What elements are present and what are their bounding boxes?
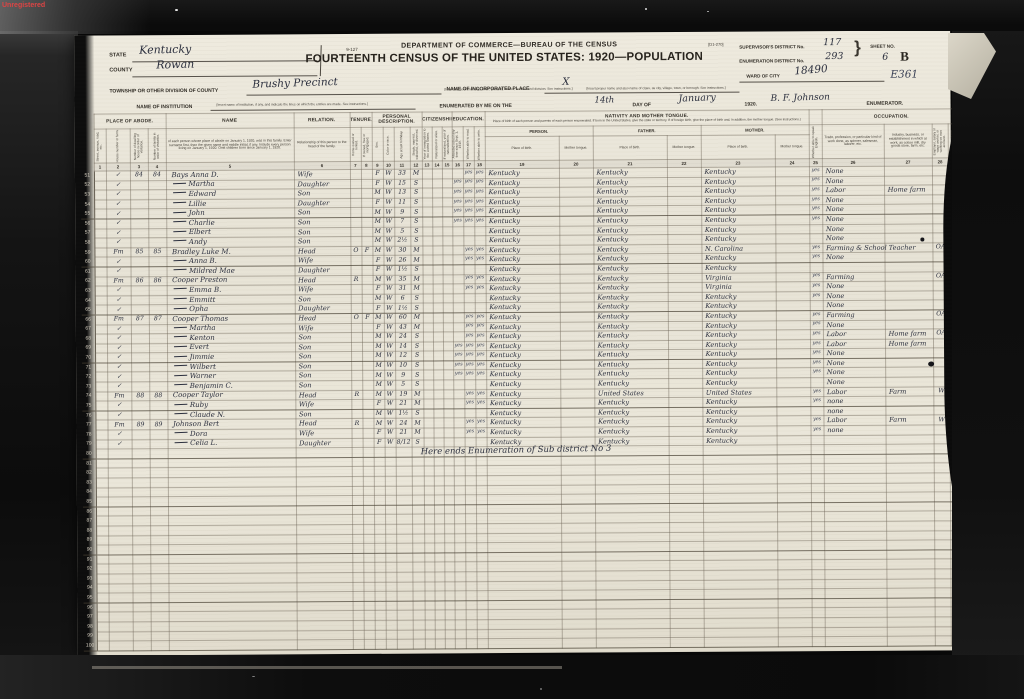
- naturalization-year: [443, 351, 453, 361]
- owned-or-rented: [351, 380, 362, 390]
- free-or-mortgaged: [363, 544, 374, 554]
- mother-birthplace: [704, 599, 778, 609]
- owned-or-rented: O: [351, 313, 362, 323]
- owned-or-rented: [350, 217, 361, 227]
- can-write: [476, 572, 487, 582]
- row-number-left: 69: [82, 344, 95, 354]
- owned-or-rented: [350, 256, 361, 266]
- attended-school: yes: [452, 207, 463, 217]
- industry: [885, 300, 933, 310]
- family-number: [150, 487, 168, 497]
- immigration-year: [423, 418, 433, 428]
- marital-status: M: [411, 399, 423, 409]
- naturalization-year: [443, 361, 453, 371]
- house-or-farm: ✓: [106, 209, 130, 219]
- industry: [886, 473, 934, 483]
- relation: [296, 476, 352, 486]
- occupation: Farming & School Teacher: [823, 243, 885, 253]
- color-race: W: [383, 227, 394, 237]
- relation: Son: [294, 237, 350, 247]
- row-number-left: 52: [81, 181, 94, 191]
- row-number-left: 86: [83, 507, 96, 517]
- can-write: yes: [475, 255, 486, 265]
- person-birthplace: Kentucky: [486, 379, 560, 389]
- color-race: [385, 534, 396, 544]
- free-or-mortgaged: [362, 304, 373, 314]
- attended-school: [454, 457, 465, 467]
- house-or-farm: [108, 468, 132, 478]
- person-birthplace: [487, 456, 561, 466]
- person-birthplace: Kentucky: [486, 370, 560, 380]
- street: [96, 555, 108, 565]
- age: 24: [395, 419, 411, 429]
- mother-tongue: [777, 474, 811, 484]
- sheet-header: STATE Kentucky COUNTY Rowan 9-127 DEPART…: [94, 30, 944, 113]
- father-birthplace: Kentucky: [595, 417, 669, 427]
- person-tongue: [562, 609, 596, 619]
- can-write: [476, 476, 487, 486]
- speaks-english: yes: [810, 311, 823, 321]
- industry: [885, 262, 933, 272]
- immigration-year: [423, 275, 433, 285]
- can-read: [465, 476, 476, 486]
- scanner-band-top: [0, 0, 1024, 31]
- immigration-year: [424, 582, 434, 592]
- attended-school: [453, 313, 464, 323]
- marital-status: S: [410, 188, 422, 198]
- person-tongue: [559, 206, 593, 216]
- mother-tongue: [777, 512, 811, 522]
- owned-or-rented: [352, 457, 363, 467]
- color-race: [385, 582, 396, 592]
- occupation: None: [822, 214, 884, 224]
- occupation: None: [822, 176, 884, 186]
- street: [96, 449, 108, 459]
- house-or-farm: ✓: [107, 296, 131, 306]
- house-or-farm: [108, 526, 132, 536]
- color-race: [386, 630, 397, 640]
- can-write: [476, 485, 487, 495]
- can-read: [464, 380, 475, 390]
- speaks-english: [811, 541, 824, 551]
- father-birthplace: [595, 503, 669, 513]
- industry: [886, 540, 934, 550]
- relation: Wife: [294, 256, 350, 266]
- naturalized: [434, 514, 444, 524]
- father-tongue: [669, 474, 703, 484]
- age: [396, 505, 412, 515]
- employer-class: [934, 559, 950, 569]
- row-number-left: 59: [81, 248, 94, 258]
- naturalized: [434, 457, 444, 467]
- naturalized: [435, 629, 445, 639]
- color-race: W: [383, 169, 394, 179]
- speaks-english: [810, 301, 823, 311]
- can-read: yes: [464, 255, 475, 265]
- stamp-number: 18490: [794, 63, 828, 77]
- color-race: [386, 611, 397, 621]
- marital-status: M: [411, 275, 423, 285]
- street: [95, 334, 107, 344]
- age: [396, 543, 412, 553]
- immigration-year: [424, 428, 434, 438]
- mother-tongue: [776, 301, 810, 311]
- mother-birthplace: [703, 474, 777, 484]
- can-write: [477, 629, 488, 639]
- can-read: [463, 226, 474, 236]
- immigration-year: [424, 495, 434, 505]
- naturalized: [433, 370, 443, 380]
- immigration-year: [424, 505, 434, 515]
- person-birthplace: [488, 600, 562, 610]
- owned-or-rented: [352, 505, 363, 515]
- group-label: TENURE.: [350, 117, 371, 122]
- house-or-farm: [108, 574, 132, 584]
- enumeration-district-value: 293: [825, 51, 843, 62]
- sex: [374, 515, 385, 525]
- relation: Head: [295, 419, 351, 429]
- person-birthplace: Kentucky: [486, 274, 560, 284]
- occupation: None: [823, 291, 885, 301]
- speaks-english: yes: [810, 320, 823, 330]
- sex: [374, 563, 385, 573]
- can-write: [476, 533, 487, 543]
- column-description: Place of birth.: [593, 136, 667, 160]
- attended-school: [454, 562, 465, 572]
- person-birthplace: [488, 619, 562, 629]
- can-read: yes: [464, 284, 475, 294]
- father-birthplace: Kentucky: [595, 427, 669, 437]
- can-write: [476, 495, 487, 505]
- immigration-year: [424, 553, 434, 563]
- column-number: 24: [775, 159, 809, 167]
- owned-or-rented: [352, 544, 363, 554]
- house-or-farm: [108, 449, 132, 459]
- can-read: yes: [464, 361, 475, 371]
- mother-birthplace: Kentucky: [702, 349, 776, 359]
- column-number: 18: [474, 161, 485, 169]
- owned-or-rented: R: [351, 390, 362, 400]
- industry: [884, 224, 932, 234]
- person-birthplace: [488, 581, 562, 591]
- surname-ditto-dash: [174, 432, 187, 434]
- person-tongue: [562, 638, 596, 648]
- owned-or-rented: [352, 476, 363, 486]
- marital-status: M: [411, 284, 423, 294]
- watermark: Unregistered: [2, 2, 45, 9]
- can-write: yes: [475, 313, 486, 323]
- immigration-year: [424, 562, 434, 572]
- attended-school: [454, 476, 465, 486]
- color-race: W: [384, 294, 395, 304]
- occupation: None: [823, 358, 885, 368]
- dwelling-number: [132, 449, 150, 459]
- occupation: Labor: [824, 416, 886, 426]
- column-number: 15: [442, 161, 452, 169]
- can-read: [465, 572, 476, 582]
- relation: Son: [295, 361, 351, 371]
- row-number-left: 54: [81, 200, 94, 210]
- father-birthplace: Kentucky: [594, 398, 668, 408]
- attended-school: [454, 524, 465, 534]
- age: 21: [396, 428, 412, 438]
- column-description: Naturalized or alien.: [432, 127, 442, 161]
- naturalization-year: [444, 562, 454, 572]
- marital-status: M: [410, 255, 422, 265]
- attended-school: [453, 409, 464, 419]
- age: [397, 601, 413, 611]
- age: [396, 476, 412, 486]
- marital-status: S: [411, 409, 423, 419]
- dwelling-number: [132, 574, 150, 584]
- immigration-year: [423, 294, 433, 304]
- naturalized: [433, 361, 443, 371]
- occupation: None: [823, 349, 885, 359]
- family-number: [149, 372, 167, 382]
- marital-status: M: [411, 418, 423, 428]
- person-tongue: [559, 197, 593, 207]
- naturalization-year: [444, 485, 454, 495]
- sex: F: [373, 400, 384, 410]
- mother-tongue: [775, 176, 809, 186]
- sex: [374, 448, 385, 458]
- group-header-education: EDUCATION.: [452, 112, 485, 127]
- sex: [374, 572, 385, 582]
- surname-ditto-dash: [173, 211, 186, 213]
- can-write: [477, 591, 488, 601]
- naturalization-year: [442, 188, 452, 198]
- age: 9: [394, 208, 410, 218]
- father-birthplace: Kentucky: [593, 168, 667, 178]
- house-or-farm: ✓: [106, 228, 130, 238]
- street: [96, 516, 108, 526]
- naturalization-year: [444, 495, 454, 505]
- sex: M: [372, 246, 383, 256]
- row-number-left: 93: [83, 574, 96, 584]
- naturalized: [432, 207, 442, 217]
- can-write: [476, 456, 487, 466]
- sex: F: [372, 169, 383, 179]
- mother-tongue: [776, 253, 810, 263]
- free-or-mortgaged: [364, 601, 375, 611]
- can-read: yes: [463, 217, 474, 227]
- father-tongue: [669, 417, 703, 427]
- sex: F: [373, 284, 384, 294]
- relation: Wife: [295, 323, 351, 333]
- house-or-farm: ✓: [107, 334, 131, 344]
- person-tongue: [561, 427, 595, 437]
- father-birthplace: Kentucky: [594, 379, 668, 389]
- owned-or-rented: [351, 265, 362, 275]
- mother-tongue: [775, 205, 809, 215]
- naturalization-year: [444, 466, 454, 476]
- speaks-english: [811, 406, 824, 416]
- mother-birthplace: [704, 637, 778, 647]
- person-birthplace: [488, 590, 562, 600]
- industry: [886, 435, 934, 445]
- attended-school: [453, 265, 464, 275]
- industry: [886, 511, 934, 521]
- person-birthplace: Kentucky: [485, 207, 559, 217]
- mother-tongue: [776, 359, 810, 369]
- dwelling-number: [130, 180, 148, 190]
- row-number-left: 61: [82, 267, 95, 277]
- can-read: [466, 629, 477, 639]
- person-tongue: [562, 600, 596, 610]
- column-description: If naturalized, year of naturalization.: [442, 127, 452, 161]
- speaks-english: [811, 483, 824, 493]
- can-read: [465, 514, 476, 524]
- marital-status: [412, 553, 424, 563]
- marital-status: [413, 591, 425, 601]
- family-number: [148, 219, 166, 229]
- can-read: [465, 543, 476, 553]
- person-birthplace: Kentucky: [485, 235, 559, 245]
- industry: [885, 271, 933, 281]
- can-write: [477, 600, 488, 610]
- dwelling-number: [130, 228, 148, 238]
- can-read: [465, 495, 476, 505]
- mother-birthplace: Virginia: [702, 282, 776, 292]
- family-number: [150, 458, 168, 468]
- surname-ditto-dash: [173, 259, 186, 261]
- sex: F: [372, 179, 383, 189]
- speaks-english: yes: [810, 282, 823, 292]
- column-description: Place of birth.: [485, 136, 559, 160]
- dwelling-number: 85: [130, 247, 148, 257]
- person-birthplace: Kentucky: [486, 255, 560, 265]
- family-number: [149, 334, 167, 344]
- speaks-english: [811, 531, 824, 541]
- institution-note: [Insert name of institution, if any, and…: [217, 102, 412, 107]
- naturalized: [434, 524, 444, 534]
- father-tongue: [669, 503, 703, 513]
- naturalized: [433, 418, 443, 428]
- relation: [296, 505, 352, 515]
- father-birthplace: [595, 551, 669, 561]
- free-or-mortgaged: [362, 284, 373, 294]
- house-or-farm: Fm: [107, 276, 131, 286]
- owned-or-rented: [351, 352, 362, 362]
- naturalized: [434, 533, 444, 543]
- mother-tongue: [778, 598, 812, 608]
- naturalization-year: [443, 332, 453, 342]
- mother-tongue: [776, 311, 810, 321]
- group-header-relation: RELATION.: [294, 113, 350, 128]
- relation: [296, 572, 352, 582]
- can-read: [465, 505, 476, 515]
- house-or-farm: ✓: [107, 344, 131, 354]
- father-birthplace: Kentucky: [593, 216, 667, 226]
- immigration-year: [423, 361, 433, 371]
- mother-birthplace: [703, 455, 777, 465]
- street: [94, 200, 106, 210]
- father-birthplace: [596, 638, 670, 648]
- street: [97, 622, 109, 632]
- age: 13: [394, 188, 410, 198]
- color-race: [386, 620, 397, 630]
- employer-class: [935, 598, 951, 608]
- mother-birthplace: [704, 627, 778, 637]
- relation: Wife: [295, 285, 351, 295]
- column-description: Whether able to read.: [463, 127, 474, 161]
- color-race: [385, 467, 396, 477]
- column-number: 4: [148, 163, 166, 171]
- dwelling-number: [130, 190, 148, 200]
- naturalization-year: [445, 620, 455, 630]
- naturalization-year: [443, 284, 453, 294]
- marital-status: [412, 514, 424, 524]
- speaks-english: [812, 608, 825, 618]
- house-or-farm: ✓: [107, 382, 131, 392]
- immigration-year: [423, 409, 433, 419]
- occupation: None: [823, 368, 885, 378]
- father-birthplace: Kentucky: [594, 321, 668, 331]
- naturalization-year: [443, 342, 453, 352]
- sex: [374, 486, 385, 496]
- mother-birthplace: Kentucky: [702, 301, 776, 311]
- occupation: None: [822, 224, 884, 234]
- column-number: 9: [372, 161, 383, 169]
- mother-tongue: [777, 493, 811, 503]
- father-birthplace: Kentucky: [594, 350, 668, 360]
- attended-school: [453, 389, 464, 399]
- column-description: Street, avenue, road, etc.: [94, 129, 106, 163]
- father-tongue: [670, 580, 704, 590]
- can-write: [474, 236, 485, 246]
- father-tongue: [668, 321, 702, 331]
- can-write: yes: [475, 351, 486, 361]
- father-birthplace: Kentucky: [594, 254, 668, 264]
- speaks-english: [809, 224, 822, 234]
- occupation: [825, 617, 887, 627]
- father-birthplace: Kentucky: [594, 340, 668, 350]
- family-number: [150, 516, 168, 526]
- can-read: [466, 639, 477, 649]
- person-tongue: [560, 360, 594, 370]
- can-read: [465, 466, 476, 476]
- house-or-farm: ✓: [107, 305, 131, 315]
- row-number-left: 75: [82, 401, 95, 411]
- dwelling-number: [133, 612, 151, 622]
- street: [96, 526, 108, 536]
- marital-status: [412, 582, 424, 592]
- mother-birthplace: [703, 483, 777, 493]
- surname-ditto-dash: [173, 269, 186, 271]
- free-or-mortgaged: F: [361, 246, 372, 256]
- marital-status: M: [411, 390, 423, 400]
- occupation: None: [823, 320, 885, 330]
- immigration-year: [423, 322, 433, 332]
- column-description: Mother tongue.: [559, 136, 593, 160]
- person-tongue: [562, 590, 596, 600]
- color-race: W: [384, 390, 395, 400]
- relation: [297, 611, 353, 621]
- naturalization-year: [442, 198, 452, 208]
- relation: Son: [295, 409, 351, 419]
- person-birthplace: Kentucky: [485, 245, 559, 255]
- form-ref: [D1-270]: [708, 42, 723, 47]
- attended-school: [453, 332, 464, 342]
- employer-class: [935, 626, 951, 636]
- attended-school: [453, 255, 464, 265]
- mother-tongue: [775, 186, 809, 196]
- sex: F: [372, 198, 383, 208]
- age: [396, 515, 412, 525]
- age: [396, 457, 412, 467]
- employer-class: [934, 492, 950, 502]
- naturalized: [432, 255, 442, 265]
